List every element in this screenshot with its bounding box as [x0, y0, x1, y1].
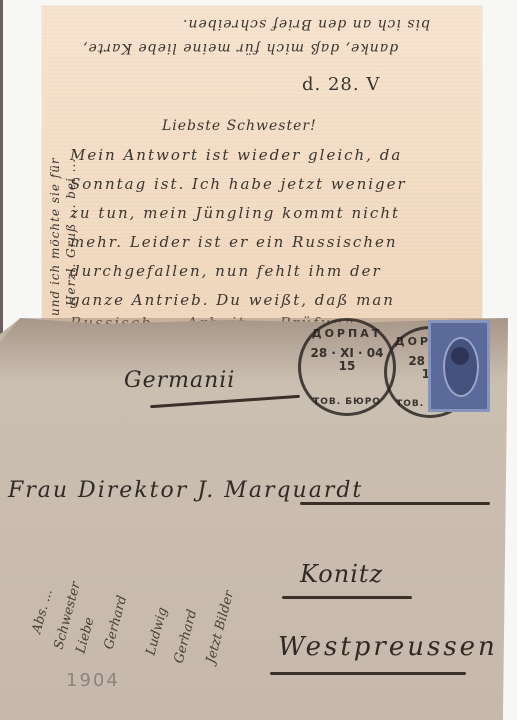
postmark-date: 28 · XI · 04 15 [301, 347, 393, 373]
eagle-icon [451, 347, 469, 365]
letter-body-line: durchgefallen, nun fehlt ihm der [70, 262, 382, 280]
stamp-oval [443, 337, 479, 397]
letter-sheet: bis ich an den Brief schreiben. danke, d… [42, 6, 482, 336]
upside-down-line-1: bis ich an den Brief schreiben. [182, 16, 430, 32]
address-underline-3 [270, 672, 466, 675]
postage-stamp [428, 320, 490, 412]
letter-body-line: mehr. Leider ist er ein Russischen [70, 233, 398, 251]
address-line-3: Westpreussen [278, 632, 498, 662]
routing-note: Germanii [124, 368, 235, 393]
letter-body-line: zu tun, mein Jüngling kommt nicht [70, 204, 400, 222]
address-line-2: Konitz [300, 560, 383, 588]
margin-vertical-note-2: Herzl. Gruß ... bei ... [64, 158, 78, 306]
letter-body-line: ganze Antrieb. Du weißt, daß man [70, 291, 395, 309]
upside-down-line-2: danke, daß mich für meine liebe Karte, [82, 40, 398, 56]
pencil-year-note: 1904 [66, 670, 120, 691]
letter-body-line: Sonntag ist. Ich habe jetzt weniger [70, 175, 407, 193]
address-line-1: Frau Direktor J. Marquardt [8, 478, 363, 503]
letter-body-line: Mein Antwort ist wieder gleich, da [70, 146, 402, 164]
letter-date: d. 28. V [302, 74, 380, 95]
margin-vertical-note-1: und ich möchte sie für [48, 157, 62, 316]
letter-salutation: Liebste Schwester! [162, 118, 317, 134]
postmark-1: ДОРПАТ 28 · XI · 04 15 ТОВ. БЮРО [298, 318, 396, 416]
address-underline-1 [300, 502, 490, 505]
address-underline-2 [282, 596, 412, 599]
